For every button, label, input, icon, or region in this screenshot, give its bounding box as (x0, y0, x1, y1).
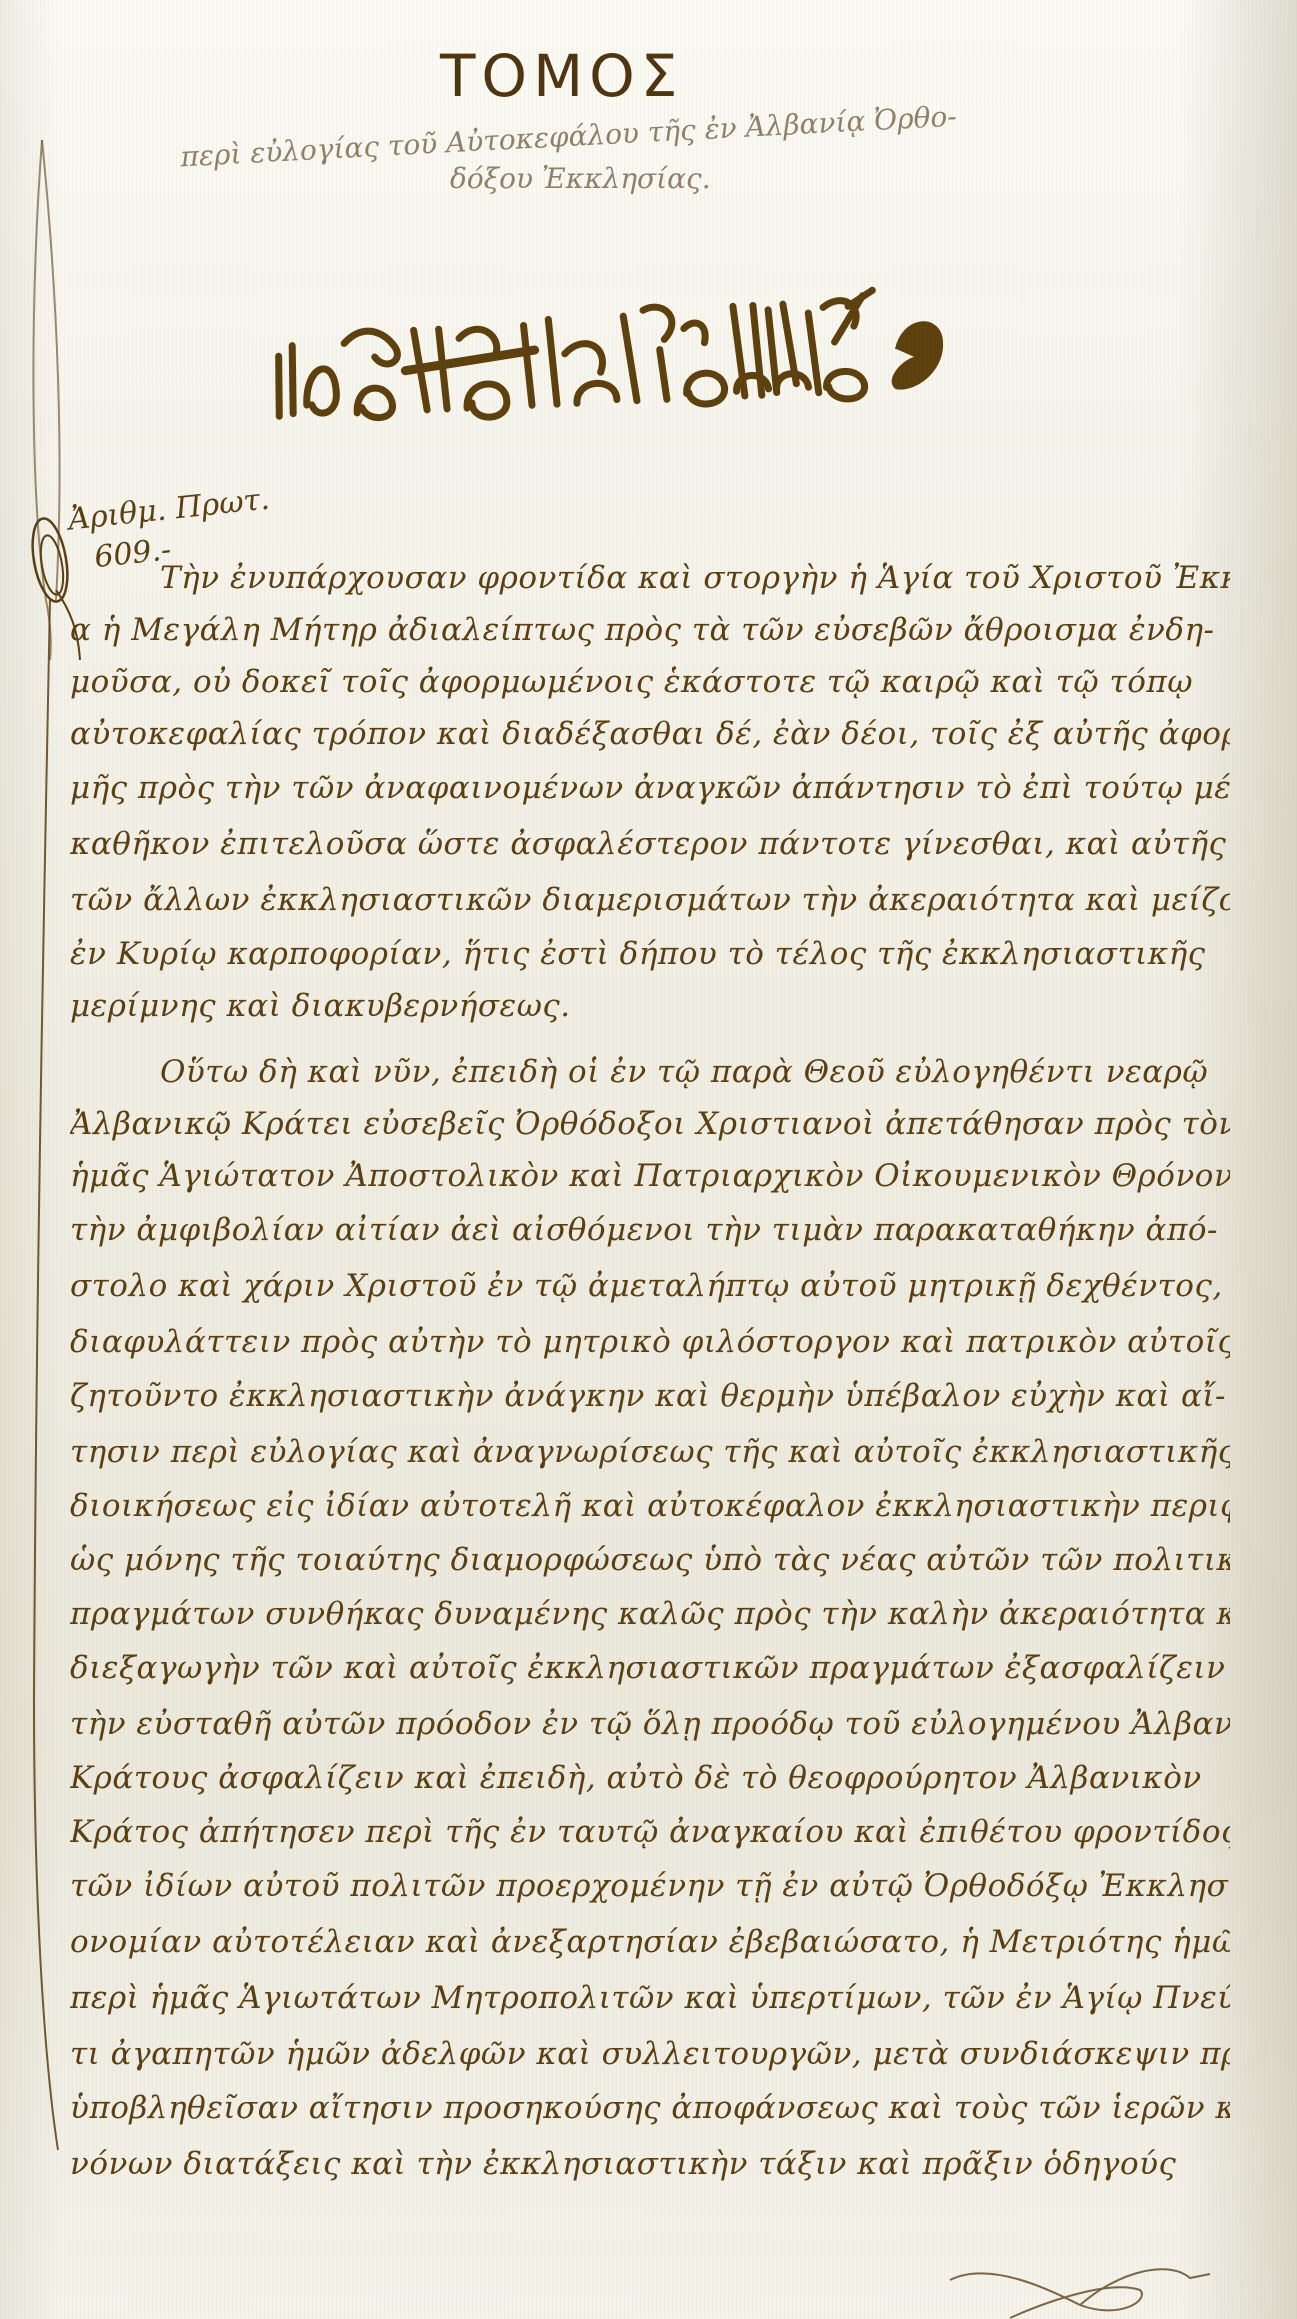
body-line: ὑποβληθεῖσαν αἴτησιν προσηκούσης ἀποφάνσ… (70, 2090, 1230, 2126)
body-line: διεξαγωγὴν τῶν καὶ αὐτοῖς ἐκκλησιαστικῶν… (70, 1650, 1230, 1686)
body-line: ἡμᾶς Ἁγιώτατον Ἀποστολικὸν καὶ Πατριαρχι… (70, 1158, 1230, 1194)
body-line: στολο καὶ χάριν Χριστοῦ ἐν τῷ ἀμεταλήπτῳ… (70, 1268, 1230, 1304)
document-title: ΤΟΜΟΣ (440, 42, 683, 110)
body-line: ἐν Κυρίῳ καρποφορίαν, ἥτις ἐστὶ δήπου τὸ… (70, 936, 1230, 972)
body-line: ονομίαν αὐτοτέλειαν καὶ ἀνεξαρτησίαν ἐβε… (70, 1924, 1230, 1960)
body-line: νόνων διατάξεις καὶ τὴν ἐκκλησιαστικὴν τ… (70, 2146, 1230, 2182)
body-line: αὐτοκεφαλίας τρόπον καὶ διαδέξασθαι δέ, … (70, 716, 1230, 752)
body-line: τὴν ἀμφιβολίαν αἰτίαν ἀεὶ αἰσθόμενοι τὴν… (70, 1212, 1230, 1248)
body-line: Ἀλβανικῷ Κράτει εὐσεβεῖς Ὀρθόδοξοι Χριστ… (70, 1106, 1230, 1142)
body-line: μερίμνης καὶ διακυβερνήσεως. (70, 988, 1230, 1024)
body-line: Οὕτω δὴ καὶ νῦν, ἐπειδὴ οἱ ἐν τῷ παρὰ Θε… (160, 1054, 1230, 1090)
document-subtitle-line-2: δόξου Ἐκκλησίας. (450, 162, 711, 195)
bottom-flourish-icon (930, 2260, 1230, 2319)
body-line: ζητοῦντο ἐκκλησιαστικὴν ἀνάγκην καὶ θερμ… (70, 1378, 1230, 1414)
body-line: α ἡ Μεγάλη Μήτηρ ἀδιαλείπτως πρὸς τὰ τῶν… (70, 612, 1230, 648)
patriarchal-monogram-icon (262, 277, 947, 437)
body-line: Κράτους ἀσφαλίζειν καὶ ἐπειδὴ, αὐτὸ δὲ τ… (70, 1760, 1230, 1796)
body-line: καθῆκον ἐπιτελοῦσα ὥστε ἀσφαλέστερον πάν… (70, 826, 1230, 862)
body-line: διοικήσεως εἰς ἰδίαν αὐτοτελῆ καὶ αὐτοκέ… (70, 1488, 1230, 1524)
body-line: πραγμάτων συνθήκας δυναμένης καλῶς πρὸς … (70, 1596, 1230, 1632)
body-line: τῶν ἰδίων αὐτοῦ πολιτῶν προερχομένην τῇ … (70, 1868, 1230, 1904)
body-line: ὡς μόνης τῆς τοιαύτης διαμορφώσεως ὑπὸ τ… (70, 1542, 1230, 1578)
body-line: περὶ ἡμᾶς Ἁγιωτάτων Μητροπολιτῶν καὶ ὑπε… (70, 1980, 1230, 2016)
body-line: Κράτος ἀπήτησεν περὶ τῆς ἐν ταυτῷ ἀναγκα… (70, 1814, 1230, 1850)
body-line: διαφυλάττειν πρὸς αὐτὴν τὸ μητρικὸ φιλόσ… (70, 1324, 1230, 1360)
manuscript-page: ΤΟΜΟΣ περὶ εὐλογίας τοῦ Αὐτοκεφάλου τῆς … (0, 0, 1297, 2319)
body-line: τι ἀγαπητῶν ἡμῶν ἀδελφῶν καὶ συλλειτουργ… (70, 2036, 1230, 2072)
body-line: Τὴν ἐνυπάρχουσαν φροντίδα καὶ στοργὴν ἡ … (160, 560, 1230, 596)
body-line: τὴν εὐσταθῆ αὐτῶν πρόοδον ἐν τῷ ὅλῃ προό… (70, 1706, 1230, 1742)
body-line: τησιν περὶ εὐλογίας καὶ ἀναγνωρίσεως τῆς… (70, 1434, 1230, 1470)
body-line: τῶν ἄλλων ἐκκλησιαστικῶν διαμερισμάτων τ… (70, 882, 1230, 918)
body-line: μοῦσα, οὐ δοκεῖ τοῖς ἀφορμωμένοις ἑκάστο… (70, 664, 1230, 700)
body-line: μῆς πρὸς τὴν τῶν ἀναφαινομένων ἀναγκῶν ἀ… (70, 770, 1230, 806)
